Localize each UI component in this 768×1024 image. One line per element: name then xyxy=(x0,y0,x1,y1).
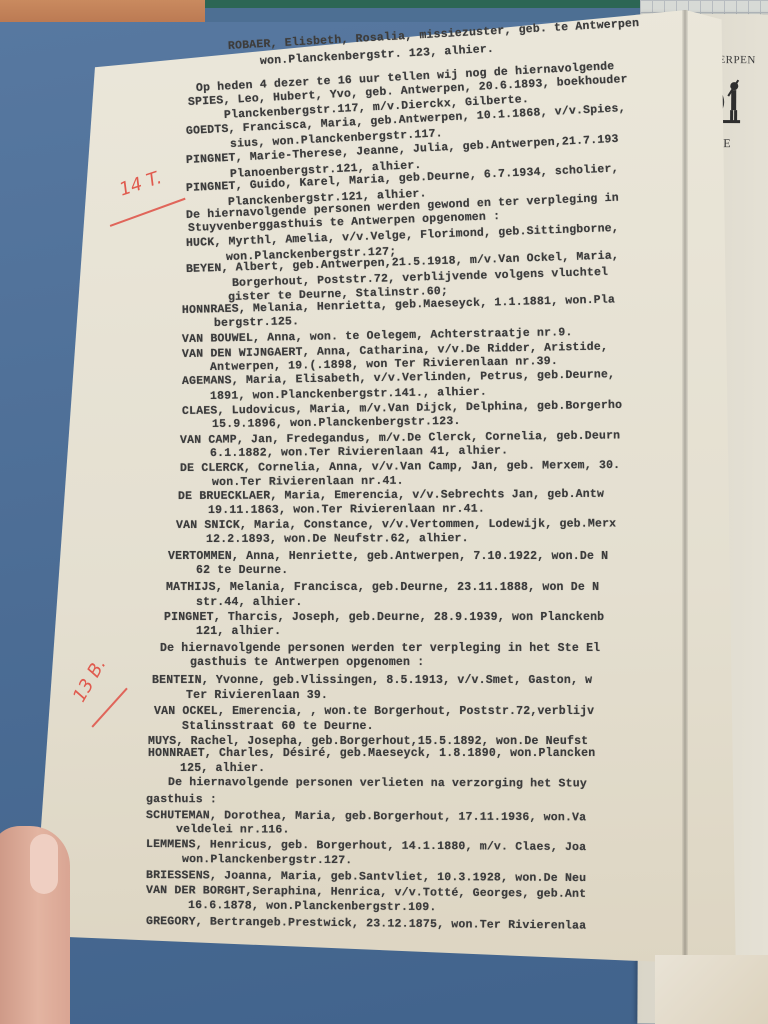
holding-thumb xyxy=(0,826,70,1024)
thumbnail xyxy=(30,834,58,894)
typewritten-report-page xyxy=(38,10,750,965)
underlying-paper-corner xyxy=(655,955,768,1024)
page-fold-shadow xyxy=(682,10,688,960)
green-folder-edge xyxy=(205,0,675,8)
